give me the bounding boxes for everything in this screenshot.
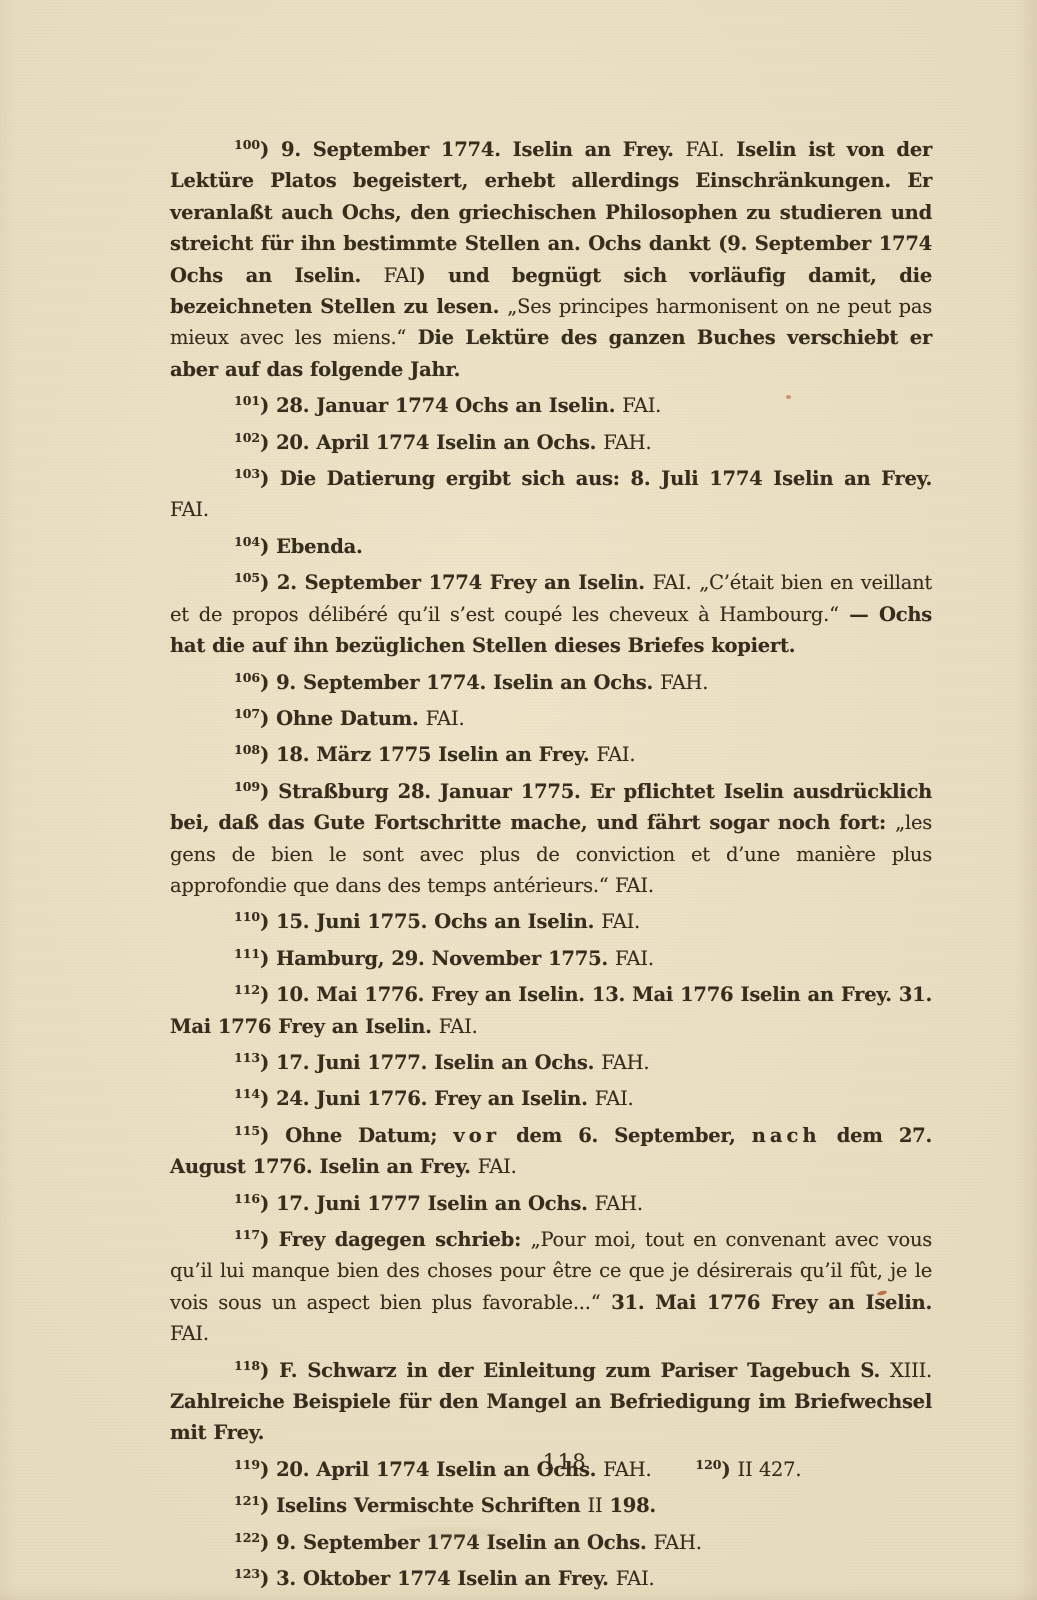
footnote-number: 110 [234, 909, 260, 924]
footnote-103: 103) Die Datierung ergibt sich aus: 8. J… [170, 458, 932, 526]
footnote-100: 100) 9. September 1774. Iselin an Frey. … [170, 129, 932, 385]
footnote-114: 114) 24. Juni 1776. Frey an Iselin. FAI. [170, 1078, 932, 1114]
antiqua-text: FAI. [615, 947, 654, 970]
footnote-number: 112 [234, 982, 260, 997]
antiqua-text: FAI. [616, 1567, 655, 1590]
footnote-number: 116 [234, 1191, 260, 1206]
footnote-number: 100 [234, 137, 260, 152]
antiqua-text: „Pour moi, tout en convenant avec vous q… [170, 1228, 932, 1314]
footnote-number: 102 [234, 430, 260, 445]
footnote-number: 117 [234, 1227, 260, 1242]
footnote-118: 118) F. Schwarz in der Einleitung zum Pa… [170, 1350, 932, 1449]
antiqua-text: FAH. [601, 1051, 649, 1074]
antiqua-text: FAI. [170, 498, 209, 521]
footnote-number: 114 [234, 1086, 260, 1101]
antiqua-text: FAI. [595, 1087, 634, 1110]
footnote-number: 108 [234, 742, 260, 757]
antiqua-text: FAI. [653, 571, 692, 594]
footnote-number: 122 [234, 1530, 260, 1545]
antiqua-text: FAI. [601, 910, 640, 933]
antiqua-text: FAI. [170, 1322, 209, 1345]
antiqua-text: FAI. [478, 1155, 517, 1178]
red-ink-speck [786, 395, 791, 399]
footnote-number: 101 [234, 393, 260, 408]
footnote-number: 106 [234, 670, 260, 685]
antiqua-text: FAI. [439, 1015, 478, 1038]
footnote-112: 112) 10. Mai 1776. Frey an Iselin. 13. M… [170, 974, 932, 1042]
footnote-110: 110) 15. Juni 1775. Ochs an Iselin. FAI. [170, 901, 932, 937]
footnote-101: 101) 28. Januar 1774 Ochs an Iselin. FAI… [170, 385, 932, 421]
letterspaced-text: vor [453, 1124, 500, 1147]
footnote-123: 123) 3. Oktober 1774 Iselin an Frey. FAI… [170, 1558, 932, 1594]
footnote-104: 104) Ebenda. [170, 526, 932, 562]
footnote-108: 108) 18. März 1775 Iselin an Frey. FAI. [170, 734, 932, 770]
antiqua-text: FAI. [596, 743, 635, 766]
antiqua-text: FAH. [660, 671, 708, 694]
footnote-117: 117) Frey dagegen schrieb: „Pour moi, to… [170, 1219, 932, 1350]
footnote-number: 118 [234, 1358, 260, 1373]
footnote-106: 106) 9. September 1774. Iselin an Ochs. … [170, 662, 932, 698]
footnote-number: 115 [234, 1123, 260, 1138]
footnote-115: 115) Ohne Datum; vor dem 6. September, n… [170, 1115, 932, 1183]
antiqua-text: FAI [384, 264, 417, 287]
footnote-109: 109) Straßburg 28. Januar 1775. Er pflic… [170, 771, 932, 902]
antiqua-text: „Ses principes harmonisent on ne peut pa… [170, 295, 932, 349]
footnote-111: 111) Hamburg, 29. November 1775. FAI. [170, 938, 932, 974]
footnote-list: 100) 9. September 1774. Iselin an Frey. … [170, 129, 932, 1594]
footnote-number: 111 [234, 946, 260, 961]
footnote-number: 121 [234, 1493, 260, 1508]
footnote-number: 104 [234, 534, 260, 549]
antiqua-text: FAH. [603, 431, 651, 454]
footnote-number: 113 [234, 1050, 260, 1065]
antiqua-text: „les gens de bien le sont avec plus de c… [170, 811, 932, 897]
antiqua-text: II [588, 1494, 603, 1517]
antiqua-text: FAI. [622, 394, 661, 417]
antiqua-text: FAI. [426, 707, 465, 730]
antiqua-text: „C’était bien en veillant et de propos d… [170, 571, 932, 625]
paper-smudge [392, 1528, 512, 1538]
page-number: 118 [170, 1450, 960, 1474]
footnote-116: 116) 17. Juni 1777 Iselin an Ochs. FAH. [170, 1183, 932, 1219]
antiqua-text: XIII. [890, 1359, 932, 1382]
footnote-number: 103 [234, 466, 260, 481]
antiqua-text: FAH. [654, 1531, 702, 1554]
footnote-113: 113) 17. Juni 1777. Iselin an Ochs. FAH. [170, 1042, 932, 1078]
footnote-number: 109 [234, 779, 260, 794]
footnote-102: 102) 20. April 1774 Iselin an Ochs. FAH. [170, 422, 932, 458]
footnote-121: 121) Iselins Vermischte Schriften II 198… [170, 1485, 932, 1521]
footnote-105: 105) 2. September 1774 Frey an Iselin. F… [170, 562, 932, 661]
antiqua-text: FAI. [686, 138, 725, 161]
footnote-number: 123 [234, 1566, 260, 1581]
footnote-number: 105 [234, 570, 260, 585]
footnote-107: 107) Ohne Datum. FAI. [170, 698, 932, 734]
footnote-122: 122) 9. September 1774 Iselin an Ochs. F… [170, 1522, 932, 1558]
footnote-number: 107 [234, 706, 260, 721]
letterspaced-text: nach [752, 1124, 821, 1147]
antiqua-text: FAH. [595, 1192, 643, 1215]
